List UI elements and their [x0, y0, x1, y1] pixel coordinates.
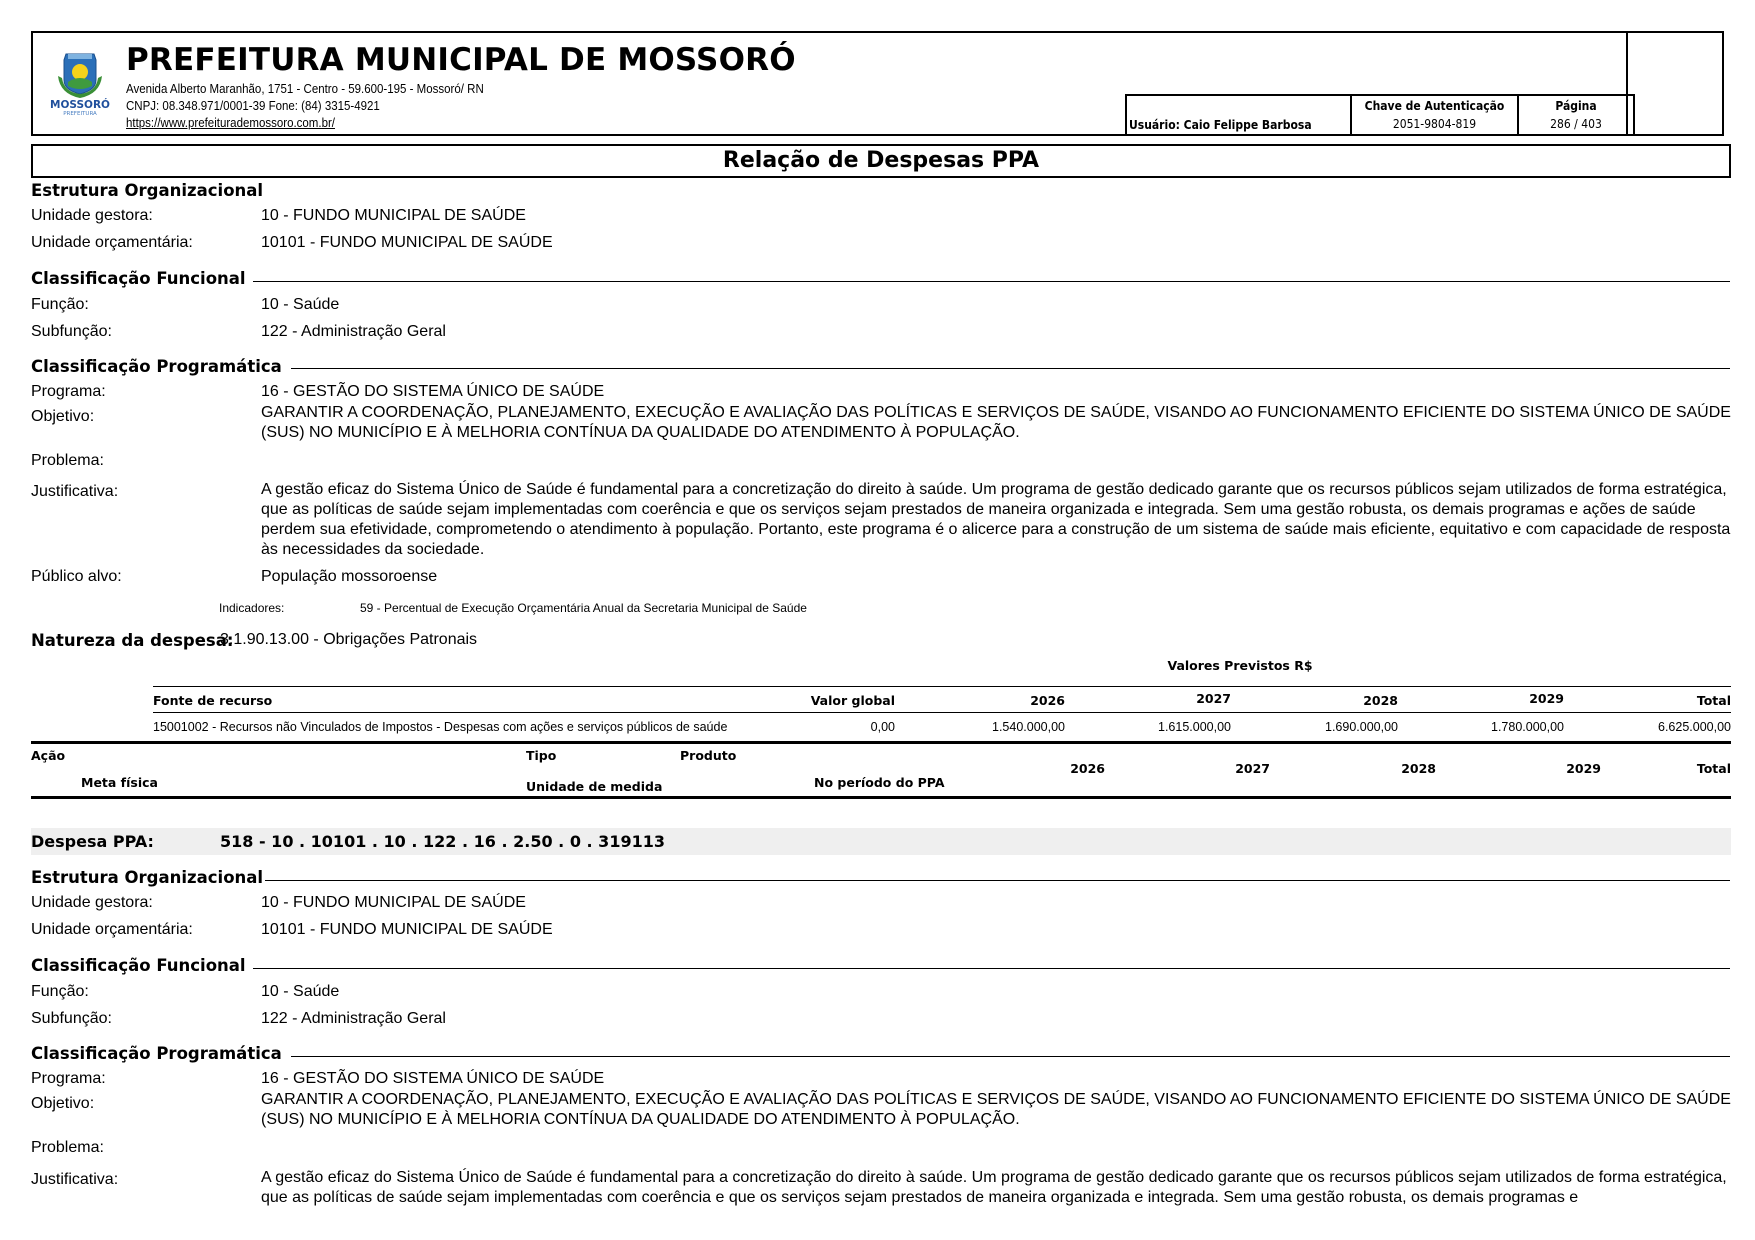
- natureza-despesa-value: 3.1.90.13.00 - Obrigações Patronais: [220, 631, 477, 649]
- municipal-crest-logo-icon: MOSSORÓ PREFEITURA: [42, 50, 118, 116]
- col-meta-2026: 2026: [1005, 761, 1105, 776]
- col-2028: 2028: [1298, 693, 1398, 708]
- objetivo-value: GARANTIR A COORDENAÇÃO, PLANEJAMENTO, EX…: [261, 403, 1731, 443]
- section-divider: [253, 968, 1730, 969]
- col-meta-2027: 2027: [1170, 761, 1270, 776]
- auth-key-label: Chave de Autenticação: [1352, 98, 1517, 115]
- page-label: Página: [1519, 98, 1633, 115]
- unidade-gestora-label: Unidade gestora:: [31, 894, 153, 912]
- header-info-table: Usuário: Caio Felippe Barbosa Chave de A…: [1125, 94, 1635, 136]
- organization-name: PREFEITURA MUNICIPAL DE MOSSORÓ: [126, 42, 796, 78]
- auth-key-value: 2051-9804-819: [1352, 115, 1517, 133]
- auth-key-cell: Chave de Autenticação 2051-9804-819: [1352, 96, 1519, 136]
- programa-label: Programa:: [31, 1070, 106, 1088]
- cell-2029: 1.780.000,00: [1464, 720, 1564, 734]
- indicadores-value: 59 - Percentual de Execução Orçamentária…: [360, 601, 807, 615]
- cell-2028: 1.690.000,00: [1298, 720, 1398, 734]
- page-number: 286 / 403: [1519, 115, 1633, 133]
- svg-text:MOSSORÓ: MOSSORÓ: [50, 98, 110, 111]
- objetivo-label: Objetivo:: [31, 1095, 94, 1113]
- col-meta-2029: 2029: [1501, 761, 1601, 776]
- valores-previstos-heading: Valores Previstos R$: [1140, 658, 1340, 673]
- col-meta-fisica: Meta física: [81, 775, 158, 790]
- subfuncao-value: 122 - Administração Geral: [261, 323, 446, 341]
- section-divider: [253, 281, 1730, 282]
- col-no-periodo-ppa: No período do PPA: [814, 775, 945, 790]
- funcao-label: Função:: [31, 296, 89, 314]
- subfuncao-label: Subfunção:: [31, 323, 112, 341]
- page-cell: Página 286 / 403: [1519, 96, 1635, 136]
- col-2026: 2026: [965, 693, 1065, 708]
- cell-2026: 1.540.000,00: [965, 720, 1065, 734]
- section-classificacao-funcional: Classificação Funcional: [31, 956, 246, 975]
- col-tipo: Tipo: [526, 748, 556, 763]
- justificativa-value: A gestão eficaz do Sistema Único de Saúd…: [261, 480, 1731, 560]
- col-meta-total: Total: [1631, 761, 1731, 776]
- natureza-despesa-label: Natureza da despesa:: [31, 631, 233, 650]
- cell-fonte-recurso: 15001002 - Recursos não Vinculados de Im…: [153, 720, 727, 734]
- section-divider: [291, 368, 1730, 369]
- despesa-ppa-code: 518 - 10 . 10101 . 10 . 122 . 16 . 2.50 …: [220, 832, 665, 851]
- organization-cnpj-phone: CNPJ: 08.348.971/0001-39 Fone: (84) 3315…: [126, 99, 380, 113]
- section-classificacao-funcional: Classificação Funcional: [31, 269, 246, 288]
- section-estrutura-organizacional: Estrutura Organizacional: [31, 181, 263, 200]
- justificativa-label: Justificativa:: [31, 1171, 118, 1189]
- despesa-ppa-label: Despesa PPA:: [31, 832, 154, 851]
- problema-label: Problema:: [31, 452, 104, 470]
- funcao-value: 10 - Saúde: [261, 296, 339, 314]
- unidade-gestora-value: 10 - FUNDO MUNICIPAL DE SAÚDE: [261, 207, 526, 225]
- col-2029: 2029: [1464, 691, 1564, 706]
- user-cell: Usuário: Caio Felippe Barbosa: [1127, 96, 1352, 136]
- table-rule: [153, 712, 1731, 713]
- table-rule: [31, 796, 1731, 799]
- col-fonte-recurso: Fonte de recurso: [153, 693, 272, 708]
- unidade-gestora-label: Unidade gestora:: [31, 207, 153, 225]
- publico-alvo-value: População mossoroense: [261, 568, 437, 586]
- table-rule: [153, 686, 1731, 687]
- user-label: Usuário: Caio Felippe Barbosa: [1129, 117, 1350, 134]
- organization-website-link[interactable]: https://www.prefeiturademossoro.com.br/: [126, 116, 335, 130]
- objetivo-label: Objetivo:: [31, 408, 94, 426]
- section-estrutura-organizacional: Estrutura Organizacional: [31, 868, 263, 887]
- unidade-orcamentaria-value: 10101 - FUNDO MUNICIPAL DE SAÚDE: [261, 234, 553, 252]
- organization-address: Avenida Alberto Maranhão, 1751 - Centro …: [126, 82, 484, 96]
- col-unidade-medida: Unidade de medida: [526, 779, 662, 794]
- funcao-label: Função:: [31, 983, 89, 1001]
- col-acao: Ação: [31, 748, 65, 763]
- cell-total: 6.625.000,00: [1631, 720, 1731, 734]
- col-meta-2028: 2028: [1336, 761, 1436, 776]
- col-2027: 2027: [1131, 691, 1231, 706]
- indicadores-label: Indicadores:: [219, 601, 284, 615]
- unidade-orcamentaria-label: Unidade orçamentária:: [31, 234, 193, 252]
- section-classificacao-programatica: Classificação Programática: [31, 357, 282, 376]
- subfuncao-label: Subfunção:: [31, 1010, 112, 1028]
- funcao-value: 10 - Saúde: [261, 983, 339, 1001]
- programa-value: 16 - GESTÃO DO SISTEMA ÚNICO DE SAÚDE: [261, 1070, 604, 1088]
- justificativa-label: Justificativa:: [31, 483, 118, 501]
- subfuncao-value: 122 - Administração Geral: [261, 1010, 446, 1028]
- objetivo-value: GARANTIR A COORDENAÇÃO, PLANEJAMENTO, EX…: [261, 1090, 1731, 1130]
- section-divider: [265, 880, 1730, 881]
- unidade-gestora-value: 10 - FUNDO MUNICIPAL DE SAÚDE: [261, 894, 526, 912]
- col-produto: Produto: [680, 748, 736, 763]
- svg-text:PREFEITURA: PREFEITURA: [63, 111, 97, 116]
- cell-valor-global: 0,00: [795, 720, 895, 734]
- justificativa-value: A gestão eficaz do Sistema Único de Saúd…: [261, 1168, 1731, 1208]
- programa-value: 16 - GESTÃO DO SISTEMA ÚNICO DE SAÚDE: [261, 383, 604, 401]
- section-classificacao-programatica: Classificação Programática: [31, 1044, 282, 1063]
- unidade-orcamentaria-label: Unidade orçamentária:: [31, 921, 193, 939]
- publico-alvo-label: Público alvo:: [31, 568, 122, 586]
- report-title: Relação de Despesas PPA: [31, 144, 1731, 178]
- unidade-orcamentaria-value: 10101 - FUNDO MUNICIPAL DE SAÚDE: [261, 921, 553, 939]
- section-divider: [291, 1056, 1730, 1057]
- cell-2027: 1.615.000,00: [1131, 720, 1231, 734]
- problema-label: Problema:: [31, 1139, 104, 1157]
- col-total: Total: [1631, 693, 1731, 708]
- col-valor-global: Valor global: [795, 693, 895, 708]
- programa-label: Programa:: [31, 383, 106, 401]
- table-rule: [31, 741, 1731, 744]
